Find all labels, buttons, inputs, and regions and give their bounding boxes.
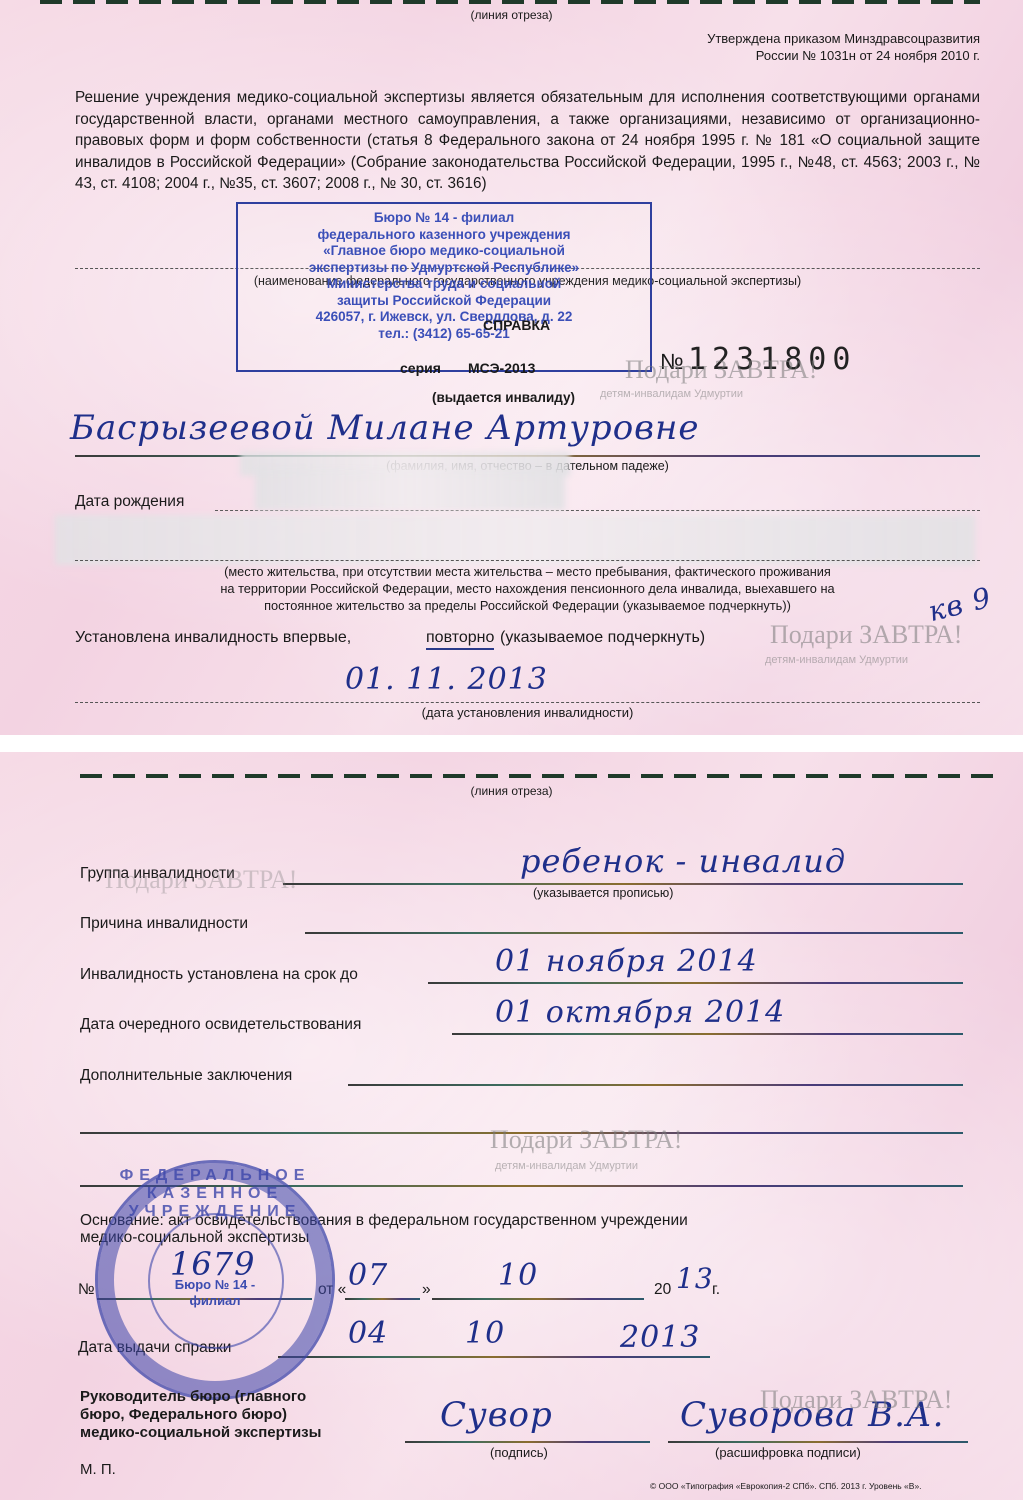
act-month-handwritten: 10 <box>498 1258 538 1293</box>
cut-line-bottom <box>80 774 995 778</box>
series-label: серия <box>400 358 441 378</box>
term-value-handwritten: 01 ноября 2014 <box>495 944 758 979</box>
act-day-line <box>345 1298 420 1300</box>
established-date-caption: (дата установления инвалидности) <box>75 705 980 720</box>
birth-date-line <box>215 510 980 511</box>
address-redaction <box>55 515 975 565</box>
stamp-line: федерального казенного учреждения <box>238 227 650 244</box>
watermark-title: Подари ЗАВТРА! <box>105 865 297 895</box>
issue-year-handwritten: 2013 <box>620 1320 700 1355</box>
cut-line-label-bottom: (линия отреза) <box>0 784 1023 798</box>
issued-to-caption: (выдается инвалиду) <box>432 388 575 408</box>
act-year-prefix: 20 <box>654 1280 671 1300</box>
act-quote-close: » <box>422 1280 431 1300</box>
watermark-subtitle: детям-инвалидам Удмуртии <box>765 654 908 666</box>
next-exam-label: Дата очередного освидетельствования <box>80 1015 361 1035</box>
recipient-name-handwritten: Басрызеевой Милане Артуровне <box>70 408 699 448</box>
birth-date-label: Дата рождения <box>75 492 184 512</box>
cut-line-label-top: (линия отреза) <box>0 8 1023 22</box>
decode-line <box>668 1441 968 1443</box>
stamp-line: экспертизы по Удмуртской Республике» <box>238 260 650 277</box>
watermark-title: Подари ЗАВТРА! <box>625 355 817 385</box>
watermark-title: Подари ЗАВТРА! <box>760 1385 952 1415</box>
established-repeat-option: повторно <box>426 628 494 648</box>
signature-caption: (подпись) <box>490 1445 548 1460</box>
printer-imprint: © ООО «Типография «Еврокопия-2 СПб». СПб… <box>650 1481 922 1491</box>
watermark-subtitle: детям-инвалидам Удмуртии <box>495 1160 638 1172</box>
sheet-gap <box>0 735 1023 752</box>
watermark-title: Подари ЗАВТРА! <box>490 1125 682 1155</box>
additional-label: Дополнительные заключения <box>80 1066 292 1086</box>
round-seal-center: Бюро № 14 - филиал <box>98 1277 332 1309</box>
additional-line-1 <box>348 1084 963 1086</box>
round-seal-center-line-2: филиал <box>98 1293 332 1309</box>
cause-label: Причина инвалидности <box>80 914 248 934</box>
address-caption-2: на территории Российской Федерации, мест… <box>75 581 980 596</box>
group-line <box>283 883 963 885</box>
established-prefix: Установлена инвалидность впервые, <box>75 628 351 648</box>
birth-date-redaction <box>255 470 565 510</box>
round-seal-stamp: ФЕДЕРАЛЬНОЕ КАЗЕННОЕ УЧРЕЖДЕНИЕ Бюро № 1… <box>95 1160 335 1400</box>
series-value: МСЭ-2013 <box>468 358 535 378</box>
group-caption: (указывается прописью) <box>533 886 673 901</box>
round-seal-center-line-1: Бюро № 14 - <box>98 1277 332 1293</box>
watermark-title: Подари ЗАВТРА! <box>770 620 962 650</box>
signature-line <box>405 1441 650 1443</box>
group-value-handwritten: ребенок - инвалид <box>520 842 846 880</box>
act-year-handwritten: 13 <box>676 1262 714 1295</box>
act-month-line <box>432 1298 644 1300</box>
address-caption-3: постоянное жительство за пределы Российс… <box>75 598 980 613</box>
cause-line <box>305 932 963 934</box>
established-underline <box>426 648 494 650</box>
document-title: СПРАВКА <box>483 315 550 335</box>
address-line <box>75 560 980 561</box>
next-exam-line <box>452 1033 963 1035</box>
address-caption-1: (место жительства, при отсутствии места … <box>75 564 980 579</box>
stamp-line: «Главное бюро медико-социальной <box>238 243 650 260</box>
term-line <box>428 982 963 984</box>
stamp-line: тел.: (3412) 65-65-21 <box>238 326 650 343</box>
act-number-label: № <box>78 1280 95 1300</box>
watermark-subtitle: детям-инвалидам Удмуртии <box>600 388 743 400</box>
head-title-3: медико-социальной экспертизы <box>80 1424 321 1442</box>
decode-caption: (расшифровка подписи) <box>715 1445 861 1460</box>
preamble-text: Решение учреждения медико-социальной экс… <box>75 87 980 195</box>
cut-line-top <box>40 0 980 4</box>
head-title-2: бюро, Федерального бюро) <box>80 1406 287 1424</box>
head-title-1: Руководитель бюро (главного <box>80 1388 306 1406</box>
round-seal-ring-text: ФЕДЕРАЛЬНОЕ КАЗЕННОЕ УЧРЕЖДЕНИЕ <box>98 1167 332 1221</box>
established-suffix: (указываемое подчеркнуть) <box>500 628 705 648</box>
approval-line-2: России № 1031н от 24 ноября 2010 г. <box>756 47 980 64</box>
seal-place-mark: М. П. <box>80 1460 116 1480</box>
established-date-line <box>75 702 980 703</box>
stamp-line: Бюро № 14 - филиал <box>238 210 650 227</box>
act-year-g: г. <box>712 1280 720 1300</box>
term-label: Инвалидность установлена на срок до <box>80 965 358 985</box>
stamp-line: 426057, г. Ижевск, ул. Свердлова, д. 22 <box>238 309 650 326</box>
established-date-handwritten: 01. 11. 2013 <box>345 662 548 697</box>
stamp-line: защиты Российской Федерации <box>238 293 650 310</box>
issue-day-handwritten: 04 <box>348 1316 388 1351</box>
stamp-line: Министерства труда и социальной <box>238 276 650 293</box>
signature-handwritten: Сувор <box>440 1395 553 1435</box>
approval-line-1: Утверждена приказом Минздравсоцразвития <box>707 30 980 47</box>
next-exam-value-handwritten: 01 октября 2014 <box>495 995 785 1030</box>
bureau-rect-stamp: Бюро № 14 - филиал федерального казенног… <box>236 202 652 372</box>
act-day-handwritten: 07 <box>348 1258 388 1293</box>
issue-month-handwritten: 10 <box>465 1316 505 1351</box>
issue-date-line <box>278 1356 710 1358</box>
